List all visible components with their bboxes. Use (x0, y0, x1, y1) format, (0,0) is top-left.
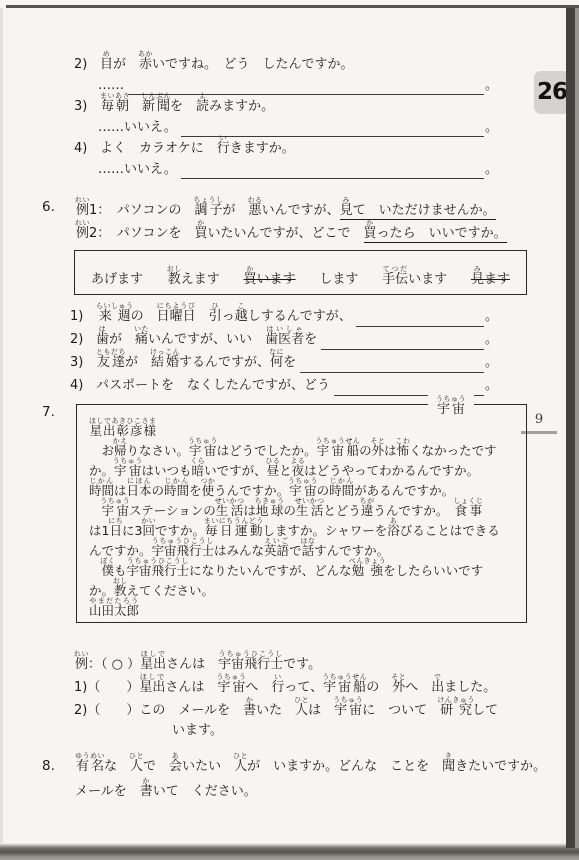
question-text: パスポートを なくしたんですが、どう (96, 374, 330, 397)
exercise-8: 8. 有名ゆうめいな 人ひとで 会あいたい 人ひとが いますか。どんな ことを … (42, 754, 552, 804)
exercise-warmup-items: 2)目めが 赤あかいですね。 どう したんですか。……。3)毎朝まいあさ 新聞し… (74, 54, 498, 180)
answer-blank-line (334, 380, 484, 396)
warmup-question: 4)よく カラオケに 行いきますか。 (74, 138, 498, 159)
exercise-7-question: 例れい：（ ○ ）星出ほしでさんは 宇宙飛行士うちゅうひこうしです。 (74, 650, 546, 673)
exercise-7-questions: 例れい：（ ○ ）星出ほしでさんは 宇宙飛行士うちゅうひこうしです。1)（ ）星… (74, 650, 546, 742)
warmup-item: 3)毎朝まいあさ 新聞しんぶんを 読よみますか。……いいえ。。 (74, 96, 498, 138)
question-text: 友達ともだちが 結婚けっこんするんですが、何なにを (96, 348, 296, 374)
reading-passage-text: 星出彰彦様ほしであきひこさま お帰かえりなさい。宇宙うちゅうはどうでしたか。宇宙… (89, 417, 514, 617)
warmup-question: 2)目めが 赤あかいですね。 どう したんですか。 (74, 54, 498, 75)
exercise-7-number: 7. (42, 404, 75, 420)
answer-blank-line (321, 334, 484, 350)
scan-right-edge (566, 8, 575, 848)
scan-left-edge (0, 8, 3, 844)
exercise-8-number: 8. (42, 754, 75, 779)
reading-passage-line: 星出彰彦様ほしであきひこさま (89, 417, 514, 437)
exercise-8-line-1: 有名ゆうめいな 人ひとで 会あいたい 人ひとが いますか。どんな ことを 聞きき… (75, 752, 546, 779)
answer-period: 。 (485, 374, 498, 397)
item-number: 2) (74, 54, 100, 75)
item-number: 4) (74, 138, 100, 159)
scan-right-edge-outer (575, 8, 579, 848)
word-bank-item: 買かいます (244, 265, 296, 287)
item-number: 1) (70, 305, 96, 328)
scan-top-edge (6, 5, 579, 8)
warmup-question: 3)毎朝まいあさ 新聞しんぶんを 読よみますか。 (74, 96, 498, 117)
textbook-page-scan: 26 9 2)目めが 赤あかいですね。 どう したんですか。……。3)毎朝まいあ… (0, 0, 579, 860)
exercise-7-question-continuation: います。 (172, 719, 546, 742)
exercise-6-example-1: 例れい1： パソコンの 調子ちょうしが 悪わるいんですが、見みて いただけません… (75, 196, 496, 219)
exercise-6-items: 1)来週らいしゅうの 日曜日にちようび 引ひっ越こしするんですが、。2)歯はが … (70, 305, 498, 397)
answer-blank-line (181, 163, 484, 179)
exercise-6-item: 3)友達ともだちが 結婚けっこんするんですが、何なにを。 (70, 351, 498, 374)
item-number: 2) (70, 328, 96, 351)
exercise-7-question: 1)（ ）星出ほしでさんは 宇宙うちゅうへ 行いって、宇宙船うちゅうせんの 外そ… (74, 673, 546, 696)
exercise-7-question: 2)（ ）この メールを 書かいた 人ひとは 宇宙うちゅうに ついて 研究けんき… (74, 696, 546, 719)
exercise-7: 7. 宇宙うちゅう 星出彰彦様ほしであきひこさま お帰かえりなさい。宇宙うちゅう… (42, 404, 534, 623)
word-bank-item: します (319, 268, 358, 287)
exercise-6-item: 4)パスポートを なくしたんですが、どう。 (70, 374, 498, 397)
answer-blank-line (356, 311, 484, 327)
word-bank-item: 手伝てつだいます (382, 265, 447, 287)
warmup-item: 2)目めが 赤あかいですね。 どう したんですか。……。 (74, 54, 498, 96)
word-bank-item: 見みます (471, 265, 510, 287)
answer-period: 。 (485, 305, 498, 328)
lesson-tab-number: 26 (534, 71, 570, 114)
answer-period: 。 (485, 351, 498, 374)
warmup-answer-row: ……いいえ。。 (98, 159, 498, 180)
reading-passage-title: 宇宙うちゅう (428, 395, 474, 417)
question-text: 毎朝まいあさ 新聞しんぶんを 読よみますか。 (100, 92, 274, 117)
word-bank-item: あげます (91, 268, 143, 287)
answer-period: 。 (485, 328, 498, 351)
scan-bottom-edge (0, 843, 579, 860)
answer-blank-line (300, 357, 484, 373)
item-number: 3) (74, 96, 100, 117)
answer-period: 。 (485, 159, 498, 180)
question-text: 目めが 赤あかいですね。 どう したんですか。 (100, 50, 354, 75)
answer-period: 。 (485, 75, 498, 96)
warmup-item: 4)よく カラオケに 行いきますか。……いいえ。。 (74, 138, 498, 180)
answer-prefix: ……いいえ。 (98, 159, 177, 180)
word-bank-box: あげます教おしえます買かいますします手伝てつだいます見みます (74, 250, 527, 295)
word-bank-item: 教おしえます (167, 265, 220, 287)
reading-passage-box: 宇宙うちゅう 星出彰彦様ほしであきひこさま お帰かえりなさい。宇宙うちゅうはどう… (76, 404, 527, 623)
exercise-6: 6. 例れい1： パソコンの 調子ちょうしが 悪わるいんですが、見みて いただけ… (42, 196, 498, 397)
item-number: 4) (70, 374, 96, 397)
exercise-6-example-2: 例れい2： パソコンを 買かいたいんですが、どこで 買かったら いいですか。 (75, 219, 507, 242)
question-text: よく カラオケに 行いきますか。 (100, 134, 295, 159)
exercise-8-line-2: メールを 書かいて ください。 (75, 777, 257, 804)
item-number: 3) (70, 351, 96, 374)
exercise-6-number: 6. (42, 196, 75, 219)
answer-period: 。 (485, 117, 498, 138)
